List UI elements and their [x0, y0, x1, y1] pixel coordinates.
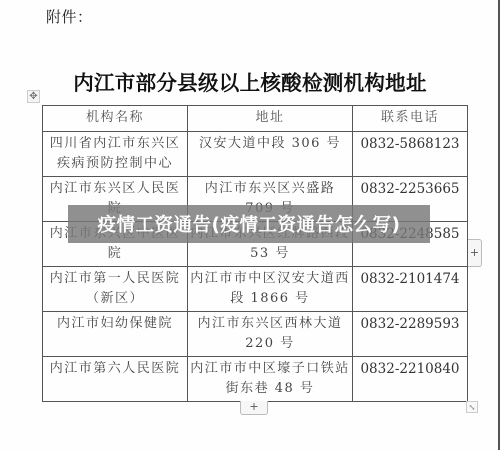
attachment-label: 附件： — [46, 6, 93, 27]
document-title: 内江市部分县级以上核酸检测机构地址 — [0, 66, 500, 96]
table-row: 四川省内江市东兴区疾病预防控制中心 汉安大道中段 306 号 0832-5868… — [43, 132, 468, 177]
caption-overlay-text: 疫情工资通告(疫情工资通告怎么写) — [98, 211, 401, 237]
table-row: 内江市妇幼保健院 内江市东兴区西林大道 220 号 0832-2289593 — [43, 312, 468, 357]
document-page: 附件： 内江市部分县级以上核酸检测机构地址 ✥ 机构名称 地址 联系电话 四川省… — [0, 0, 500, 450]
header-address[interactable]: 地址 — [188, 106, 353, 132]
table-header-row: 机构名称 地址 联系电话 — [43, 106, 468, 132]
cell-institution-name[interactable]: 内江市第一人民医院（新区） — [43, 267, 188, 312]
cell-address[interactable]: 内江市市中区壕子口铁站街东巷 48 号 — [188, 357, 353, 402]
caption-overlay-banner: 疫情工资通告(疫情工资通告怎么写) — [68, 205, 430, 243]
cell-institution-name[interactable]: 内江市第六人民医院 — [43, 357, 188, 402]
header-institution-name[interactable]: 机构名称 — [43, 106, 188, 132]
table-row: 内江市第六人民医院 内江市市中区壕子口铁站街东巷 48 号 0832-22108… — [43, 357, 468, 402]
cell-phone[interactable]: 0832-5868123 — [353, 132, 468, 177]
add-row-button[interactable]: + — [240, 401, 268, 415]
header-phone[interactable]: 联系电话 — [353, 106, 468, 132]
table-row: 内江市第一人民医院（新区） 内江市市中区汉安大道西段 1866 号 0832-2… — [43, 267, 468, 312]
cell-phone[interactable]: 0832-2101474 — [353, 267, 468, 312]
cell-address[interactable]: 内江市市中区汉安大道西段 1866 号 — [188, 267, 353, 312]
cell-institution-name[interactable]: 四川省内江市东兴区疾病预防控制中心 — [43, 132, 188, 177]
testing-institutions-table: 机构名称 地址 联系电话 四川省内江市东兴区疾病预防控制中心 汉安大道中段 30… — [42, 105, 468, 402]
cell-address[interactable]: 汉安大道中段 306 号 — [188, 132, 353, 177]
table-resize-handle-icon[interactable]: ⤡ — [466, 401, 478, 413]
cell-institution-name[interactable]: 内江市妇幼保健院 — [43, 312, 188, 357]
table-move-handle-icon[interactable]: ✥ — [27, 90, 40, 103]
add-column-button[interactable]: + — [468, 239, 482, 267]
cell-phone[interactable]: 0832-2210840 — [353, 357, 468, 402]
cell-address[interactable]: 内江市东兴区西林大道 220 号 — [188, 312, 353, 357]
cell-phone[interactable]: 0832-2289593 — [353, 312, 468, 357]
